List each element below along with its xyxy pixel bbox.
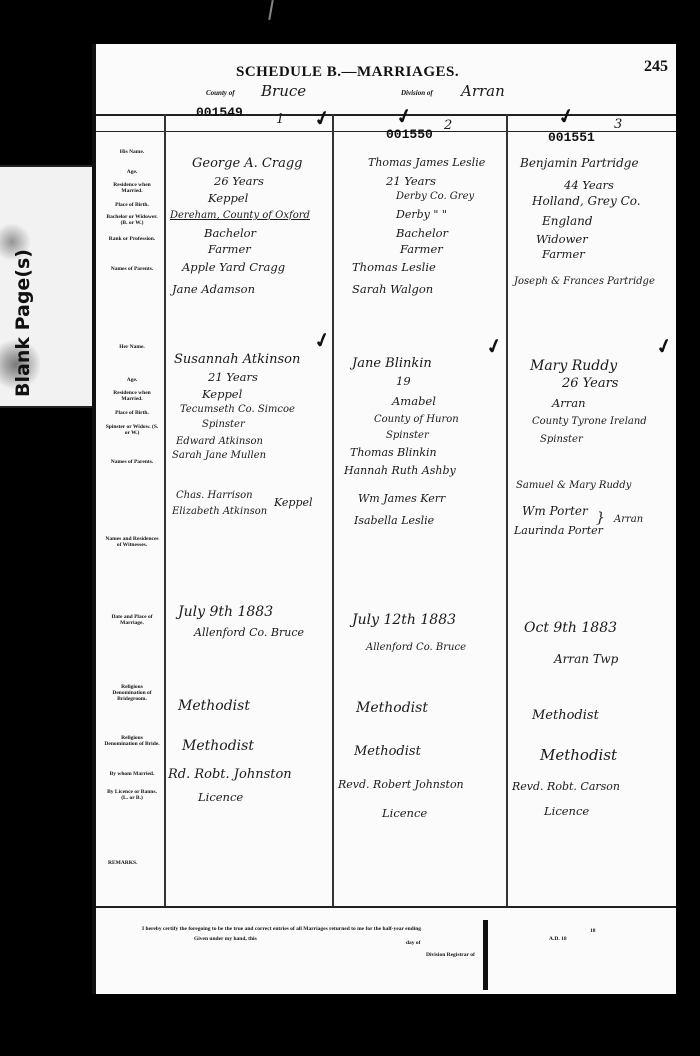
label-by-whom: By whom Married. — [104, 771, 160, 777]
label-his-birthplace: Place of Birth. — [104, 202, 160, 208]
bride-mother: Sarah Jane Mullen — [172, 450, 266, 461]
groom-birthplace: Derby " " — [396, 208, 447, 221]
marriage-place: Allenford Co. Bruce — [366, 642, 466, 653]
column-divider — [164, 114, 166, 906]
groom-father: Apple Yard Cragg — [182, 260, 285, 274]
bride-name: Mary Ruddy — [530, 358, 617, 374]
groom-status: Widower — [536, 232, 588, 246]
label-his-residence: Residence when Married. — [104, 182, 160, 194]
bride-age: 26 Years — [562, 376, 618, 391]
groom-name: Thomas James Leslie — [368, 156, 485, 169]
groom-religion: Methodist — [356, 700, 428, 716]
label-her-status: Spinster or Widow. (S. or W.) — [104, 424, 160, 436]
groom-age: 21 Years — [386, 174, 436, 188]
witness-brace: } — [596, 510, 605, 526]
bride-residence: Arran — [552, 396, 586, 410]
groom-birthplace: England — [542, 214, 593, 228]
bride-status: Spinster — [540, 434, 583, 445]
officiant: Revd. Robert Johnston — [338, 778, 464, 791]
groom-status: Bachelor — [396, 226, 448, 240]
day-of-label: day of — [406, 940, 421, 946]
registrar-label: Division Registrar of — [426, 952, 475, 958]
groom-name: Benjamin Partridge — [520, 156, 639, 170]
licence-or-banns: Licence — [198, 790, 243, 804]
witness-2: Laurinda Porter — [514, 524, 603, 537]
divider — [96, 114, 680, 116]
registration-number: 001549 — [196, 105, 243, 120]
marriage-place: Arran Twp — [554, 652, 618, 666]
licence-or-banns: Licence — [382, 806, 427, 820]
bride-father: Edward Atkinson — [176, 436, 263, 447]
marriage-schedule-page: SCHEDULE B.—MARRIAGES. 245 County of Bru… — [92, 44, 676, 994]
entry-number: 1 — [276, 112, 284, 127]
witness-1: Wm James Kerr — [358, 492, 445, 505]
column-divider — [506, 114, 508, 906]
check-mark-icon: ✓ — [483, 332, 506, 360]
groom-mother: Jane Adamson — [172, 282, 255, 296]
check-mark-icon: ✓ — [555, 102, 578, 130]
witness-2: Elizabeth Atkinson — [172, 506, 267, 517]
groom-rank: Farmer — [208, 242, 251, 256]
label-date-place: Date and Place of Marriage. — [104, 614, 160, 626]
bride-age: 21 Years — [208, 370, 258, 384]
bride-religion: Methodist — [182, 738, 254, 754]
scan-mark — [268, 0, 273, 20]
groom-status: Bachelor — [204, 226, 256, 240]
marriage-place: Allenford Co. Bruce — [194, 626, 304, 639]
bride-birthplace: Tecumseth Co. Simcoe — [180, 404, 295, 415]
ad-label: A.D. 18 — [549, 936, 567, 942]
groom-residence: Derby Co. Grey — [396, 191, 474, 202]
groom-parents: Joseph & Frances Partridge — [514, 276, 655, 287]
binding-mark — [483, 920, 488, 990]
bride-religion: Methodist — [540, 746, 617, 764]
groom-religion: Methodist — [178, 698, 250, 714]
marriage-date: July 12th 1883 — [352, 612, 456, 628]
entry-number: 2 — [444, 118, 452, 133]
label-remarks: REMARKS. — [108, 860, 164, 866]
bride-name: Jane Blinkin — [352, 356, 432, 371]
groom-birthplace: Dereham, County of Oxford — [170, 210, 310, 221]
label-his-name: His Name. — [104, 149, 160, 155]
divider — [96, 906, 680, 908]
witness-residence: Keppel — [274, 496, 313, 509]
bride-mother: Hannah Ruth Ashby — [344, 464, 456, 477]
certification-statement: I hereby certify the foregoing to be the… — [142, 926, 421, 932]
officiant: Revd. Robt. Carson — [512, 780, 620, 793]
groom-age: 44 Years — [564, 178, 614, 192]
bride-father: Thomas Blinkin — [350, 446, 437, 459]
county-value: Bruce — [261, 82, 306, 100]
page-title: SCHEDULE B.—MARRIAGES. — [236, 64, 459, 81]
bride-name: Susannah Atkinson — [174, 352, 300, 367]
label-groom-religion: Religious Denomination of Bridegroom. — [104, 684, 160, 702]
groom-mother: Sarah Walgon — [352, 282, 433, 296]
blank-page-tab: Blank Page(s) — [0, 165, 92, 408]
given-under-hand: Given under my hand, this — [194, 936, 257, 942]
label-his-rank: Rank or Profession. — [104, 236, 160, 242]
label-her-age: Age. — [104, 377, 160, 383]
marriage-date: July 9th 1883 — [178, 604, 273, 620]
groom-religion: Methodist — [532, 708, 599, 723]
entry-number: 3 — [614, 117, 622, 132]
label-his-age: Age. — [104, 169, 160, 175]
bride-parents: Samuel & Mary Ruddy — [516, 480, 631, 491]
label-her-name: Her Name. — [104, 344, 160, 350]
page-number: 245 — [644, 58, 668, 76]
witness-residence: Arran — [614, 514, 643, 525]
groom-age: 26 Years — [214, 174, 264, 188]
label-his-parents: Names of Parents. — [104, 266, 160, 272]
check-mark-icon: ✓ — [311, 104, 334, 132]
label-licence-banns: By Licence or Banns. (L. or B.) — [104, 789, 160, 801]
registration-number: 001550 — [386, 127, 433, 142]
groom-name: George A. Cragg — [192, 156, 302, 171]
bride-status: Spinster — [202, 419, 245, 430]
bride-residence: Keppel — [202, 387, 242, 401]
registration-number: 001551 — [548, 130, 595, 145]
label-her-parents: Names of Parents. — [104, 459, 160, 465]
bride-residence: Amabel — [392, 394, 436, 408]
year-suffix: 18 — [590, 928, 596, 934]
bride-birthplace: County of Huron — [374, 414, 459, 425]
label-her-residence: Residence when Married. — [104, 390, 160, 402]
scan-edge — [676, 44, 700, 1056]
division-label: Division of — [401, 89, 433, 97]
label-his-status: Bachelor or Widower. (B. or W.) — [104, 214, 160, 226]
blank-pages-label: Blank Page(s) — [12, 249, 34, 397]
check-mark-icon: ✓ — [311, 326, 334, 354]
witness-1: Wm Porter — [522, 504, 588, 518]
bride-age: 19 — [396, 374, 411, 388]
county-label: County of — [206, 89, 235, 97]
label-bride-religion: Religious Denomination of Bride. — [104, 735, 160, 747]
column-divider — [332, 114, 334, 906]
groom-rank: Farmer — [542, 247, 585, 261]
label-her-birthplace: Place of Birth. — [104, 410, 160, 416]
bride-religion: Methodist — [354, 744, 421, 759]
marriage-date: Oct 9th 1883 — [524, 620, 617, 636]
officiant: Rd. Robt. Johnston — [168, 767, 292, 782]
groom-residence: Keppel — [208, 191, 248, 205]
witness-2: Isabella Leslie — [354, 514, 434, 527]
groom-father: Thomas Leslie — [352, 260, 436, 274]
witness-1: Chas. Harrison — [176, 490, 253, 501]
groom-residence: Holland, Grey Co. — [532, 194, 641, 208]
licence-or-banns: Licence — [544, 804, 589, 818]
check-mark-icon: ✓ — [653, 332, 676, 360]
bride-birthplace: County Tyrone Ireland — [532, 416, 647, 427]
bride-status: Spinster — [386, 430, 429, 441]
division-value: Arran — [461, 82, 505, 100]
label-witnesses: Names and Residences of Witnesses. — [104, 536, 160, 548]
groom-rank: Farmer — [400, 242, 443, 256]
